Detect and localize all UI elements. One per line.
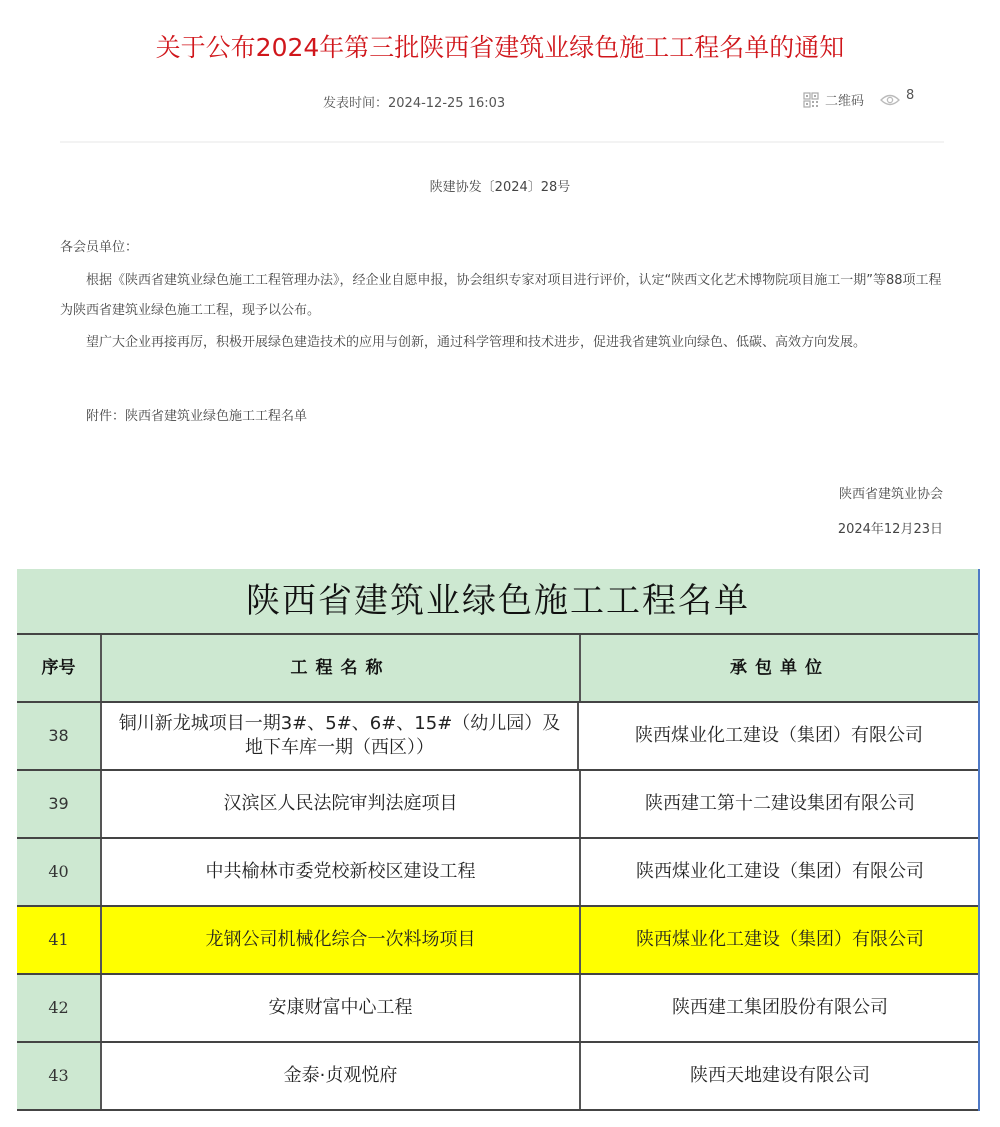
body-paragraph-2: 望广大企业再接再厉，积极开展绿色建造技术的应用与创新，通过科学管理和技术进步，促… [60,328,945,358]
project-name: 安康财富中心工程 [102,975,581,1041]
table-row: 38 铜川新龙城项目一期3#、5#、6#、15#（幼儿园）及地下车库一期（西区）… [17,703,979,771]
column-header-project: 工程名称 [102,635,581,701]
table-row: 39 汉滨区人民法院审判法庭项目 陕西建工第十二建设集团有限公司 [17,771,979,839]
table-row: 42 安康财富中心工程 陕西建工集团股份有限公司 [17,975,979,1043]
attachment-link: 附件：陕西省建筑业绿色施工工程名单 [86,405,307,424]
eye-icon [880,93,900,107]
qr-code-icon[interactable] [803,92,819,108]
project-name: 铜川新龙城项目一期3#、5#、6#、15#（幼儿园）及地下车库一期（西区）） [102,703,579,769]
view-count: 8 [906,88,914,103]
contractor-name: 陕西煤业化工建设（集团）有限公司 [581,907,979,973]
row-number: 38 [17,703,102,769]
project-name: 龙钢公司机械化综合一次料场项目 [102,907,581,973]
contractor-name: 陕西煤业化工建设（集团）有限公司 [581,839,979,905]
table-header-row: 序号 工程名称 承包单位 [17,635,979,703]
project-name: 金泰·贞观悦府 [102,1043,581,1109]
table-row-highlighted: 41 龙钢公司机械化综合一次料场项目 陕西煤业化工建设（集团）有限公司 [17,907,979,975]
column-header-contractor: 承包单位 [581,635,979,701]
row-number: 41 [17,907,102,973]
table-row: 43 金泰·贞观悦府 陕西天地建设有限公司 [17,1043,979,1111]
column-header-no: 序号 [17,635,102,701]
contractor-name: 陕西建工第十二建设集团有限公司 [581,771,979,837]
project-list-table: 陕西省建筑业绿色施工工程名单 序号 工程名称 承包单位 38 铜川新龙城项目一期… [17,569,979,1111]
qr-code-link[interactable]: 二维码 [825,90,864,109]
salutation: 各会员单位： [60,233,945,263]
body-paragraph-1: 根据《陕西省建筑业绿色施工工程管理办法》，经企业自愿申报，协会组织专家对项目进行… [60,266,945,326]
contractor-name: 陕西天地建设有限公司 [581,1043,979,1109]
signature-date: 2024年12月23日 [838,518,943,537]
article-tools: 二维码 8 [803,90,914,109]
table-row: 40 中共榆林市委党校新校区建设工程 陕西煤业化工建设（集团）有限公司 [17,839,979,907]
project-name: 中共榆林市委党校新校区建设工程 [102,839,581,905]
article-title: 关于公布2024年第三批陕西省建筑业绿色施工工程名单的通知 [0,28,1000,64]
contractor-name: 陕西建工集团股份有限公司 [581,975,979,1041]
table-title: 陕西省建筑业绿色施工工程名单 [17,569,979,635]
row-number: 42 [17,975,102,1041]
divider [60,141,944,143]
row-number: 39 [17,771,102,837]
contractor-name: 陕西煤业化工建设（集团）有限公司 [579,703,979,769]
publish-time: 发表时间：2024-12-25 16:03 [323,92,505,111]
row-number: 40 [17,839,102,905]
signature-organization: 陕西省建筑业协会 [839,483,943,502]
row-number: 43 [17,1043,102,1109]
document-number: 陕建协发〔2024〕28号 [0,176,1000,195]
project-name: 汉滨区人民法院审判法庭项目 [102,771,581,837]
